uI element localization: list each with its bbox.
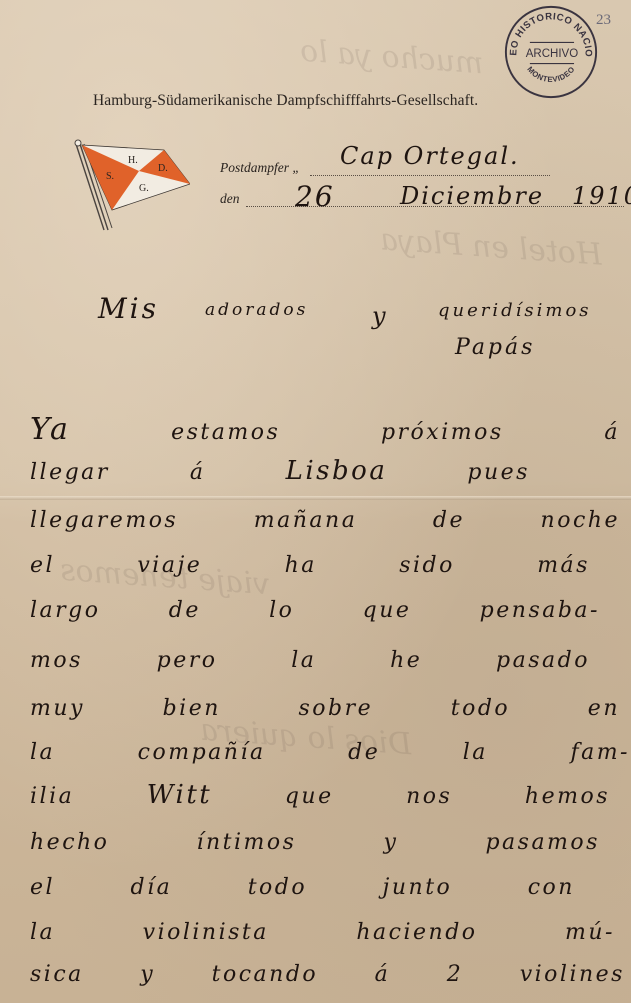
body-line: hechoíntimosypasamos <box>30 830 600 855</box>
flag-letter-g: G. <box>139 183 149 194</box>
body-line: eldíatodojuntocon <box>30 875 575 900</box>
body-line: lacompañíadelafam- <box>30 740 630 765</box>
svg-text:MONTEVIDEO: MONTEVIDEO <box>525 65 576 84</box>
ship-name: Cap Ortegal. <box>340 142 520 170</box>
postdampfer-dotted-line <box>310 175 550 176</box>
body-line: llegaremosmañanadenoche <box>30 508 620 533</box>
letter-page: mucho ya lo Hotel en Playa viaje tenemos… <box>0 0 631 1003</box>
paper-fold-crease <box>0 496 631 500</box>
flag-letter-s: S. <box>106 171 114 182</box>
body-line: laviolinistahaciendomú- <box>30 920 615 945</box>
postdampfer-label: Postdampfer „ <box>220 160 300 176</box>
stamp-bottom-text: MONTEVIDEO <box>525 65 576 84</box>
salutation-word: y <box>372 302 389 330</box>
salutation-line2: Papás <box>455 335 535 360</box>
date-day: 26 <box>295 180 335 213</box>
date-label: den <box>220 191 240 207</box>
body-line: mosperolahepasado <box>30 648 590 673</box>
bleed-through-text: mucho ya lo <box>299 34 485 82</box>
body-line: llegaráLisboapues <box>30 456 530 486</box>
body-line: Yaestamospróximosá <box>30 412 620 447</box>
body-line: sicaytocandoá2violines <box>30 962 625 987</box>
flag-letter-d: D. <box>158 163 168 174</box>
flag-letter-h: H. <box>128 155 138 166</box>
body-line: iliaWittquenoshemos <box>30 780 610 810</box>
salutation-word: adorados <box>205 300 308 320</box>
letterhead-company: Hamburg-Südamerikanische Dampfschifffahr… <box>93 92 478 110</box>
salutation-word: Mis <box>98 292 159 325</box>
salutation-word: queridísimos <box>438 300 592 321</box>
date-month: Diciembre <box>400 182 544 210</box>
body-line: largodeloquepensaba- <box>30 598 600 623</box>
archive-stamp-icon: MUSEO HISTORICO NACIONAL ARCHIVO MONTEVI… <box>503 4 599 100</box>
bleed-through-text: Hotel en Playa <box>379 222 603 272</box>
body-line: elviajehasidomás <box>30 553 590 578</box>
body-line: muybiensobretodoen <box>30 696 620 721</box>
stamp-center-text: ARCHIVO <box>526 48 579 60</box>
date-year: 1910 <box>572 182 631 210</box>
company-flag-icon: S. H. D. G. <box>68 138 190 233</box>
